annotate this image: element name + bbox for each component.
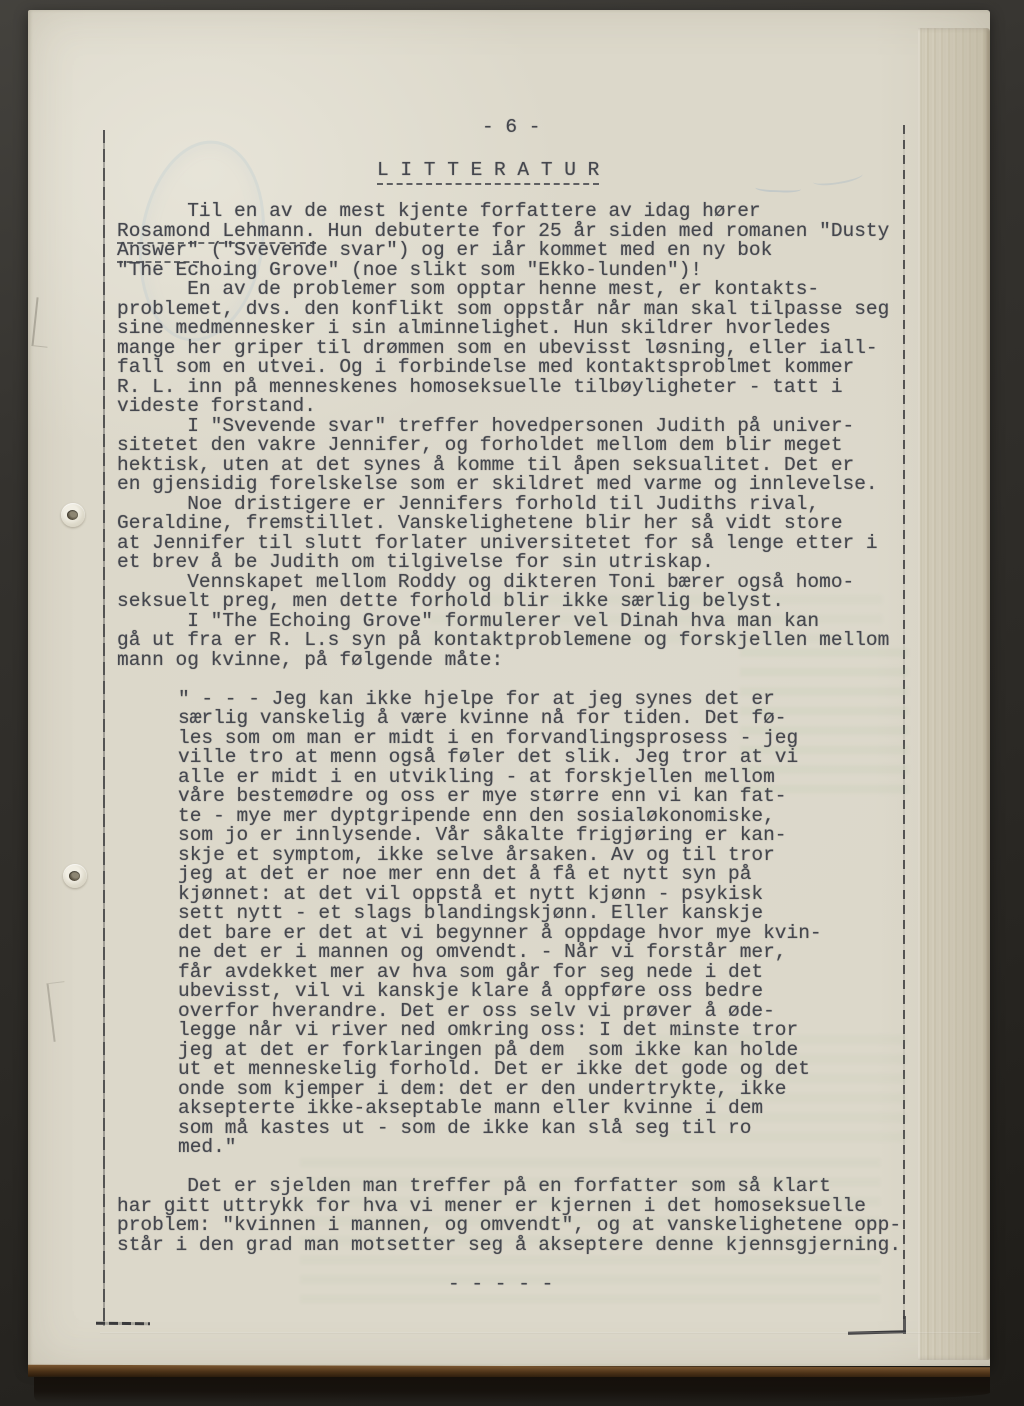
desk-background: - 6 - L I T T E R A T U R Til en av de m… <box>0 0 1024 1406</box>
punch-hole-top <box>61 503 85 527</box>
page-number: - 6 - <box>482 118 541 138</box>
paper-crease <box>100 1332 980 1334</box>
quote-block: " - - - Jeg kan ikke hjelpe for at jeg s… <box>117 690 917 1158</box>
body-block: Det er sjelden man treffer på en forfatt… <box>117 1177 917 1255</box>
faint-handwriting-mark <box>754 164 868 202</box>
text-line: som må kastes ut - som de ikke kan slå s… <box>178 1119 917 1139</box>
text-line: står i den grad man motsetter seg å akse… <box>117 1236 917 1256</box>
pencil-mark-bottom <box>46 981 71 1042</box>
separator-block: - - - - - <box>117 1275 917 1295</box>
page-sheet: - 6 - L I T T E R A T U R Til en av de m… <box>28 10 990 1366</box>
page-bottom-shadow <box>34 1377 990 1403</box>
frame-line-left <box>103 130 105 1326</box>
frame-corner-bottom-left <box>96 1322 150 1326</box>
text-line: med." <box>178 1138 917 1158</box>
text-line: - - - - - <box>448 1275 917 1295</box>
body-block: Til en av de mest kjente forfattere av i… <box>117 202 917 670</box>
punch-hole-bottom <box>63 864 87 888</box>
text-line: mann og kvinne, på følgende måte: <box>117 651 917 671</box>
page-title: L I T T E R A T U R <box>377 161 599 185</box>
text-column: Til en av de mest kjente forfattere av i… <box>117 202 917 1294</box>
page-stack-edge <box>918 28 990 1360</box>
pencil-mark-top <box>31 297 52 347</box>
